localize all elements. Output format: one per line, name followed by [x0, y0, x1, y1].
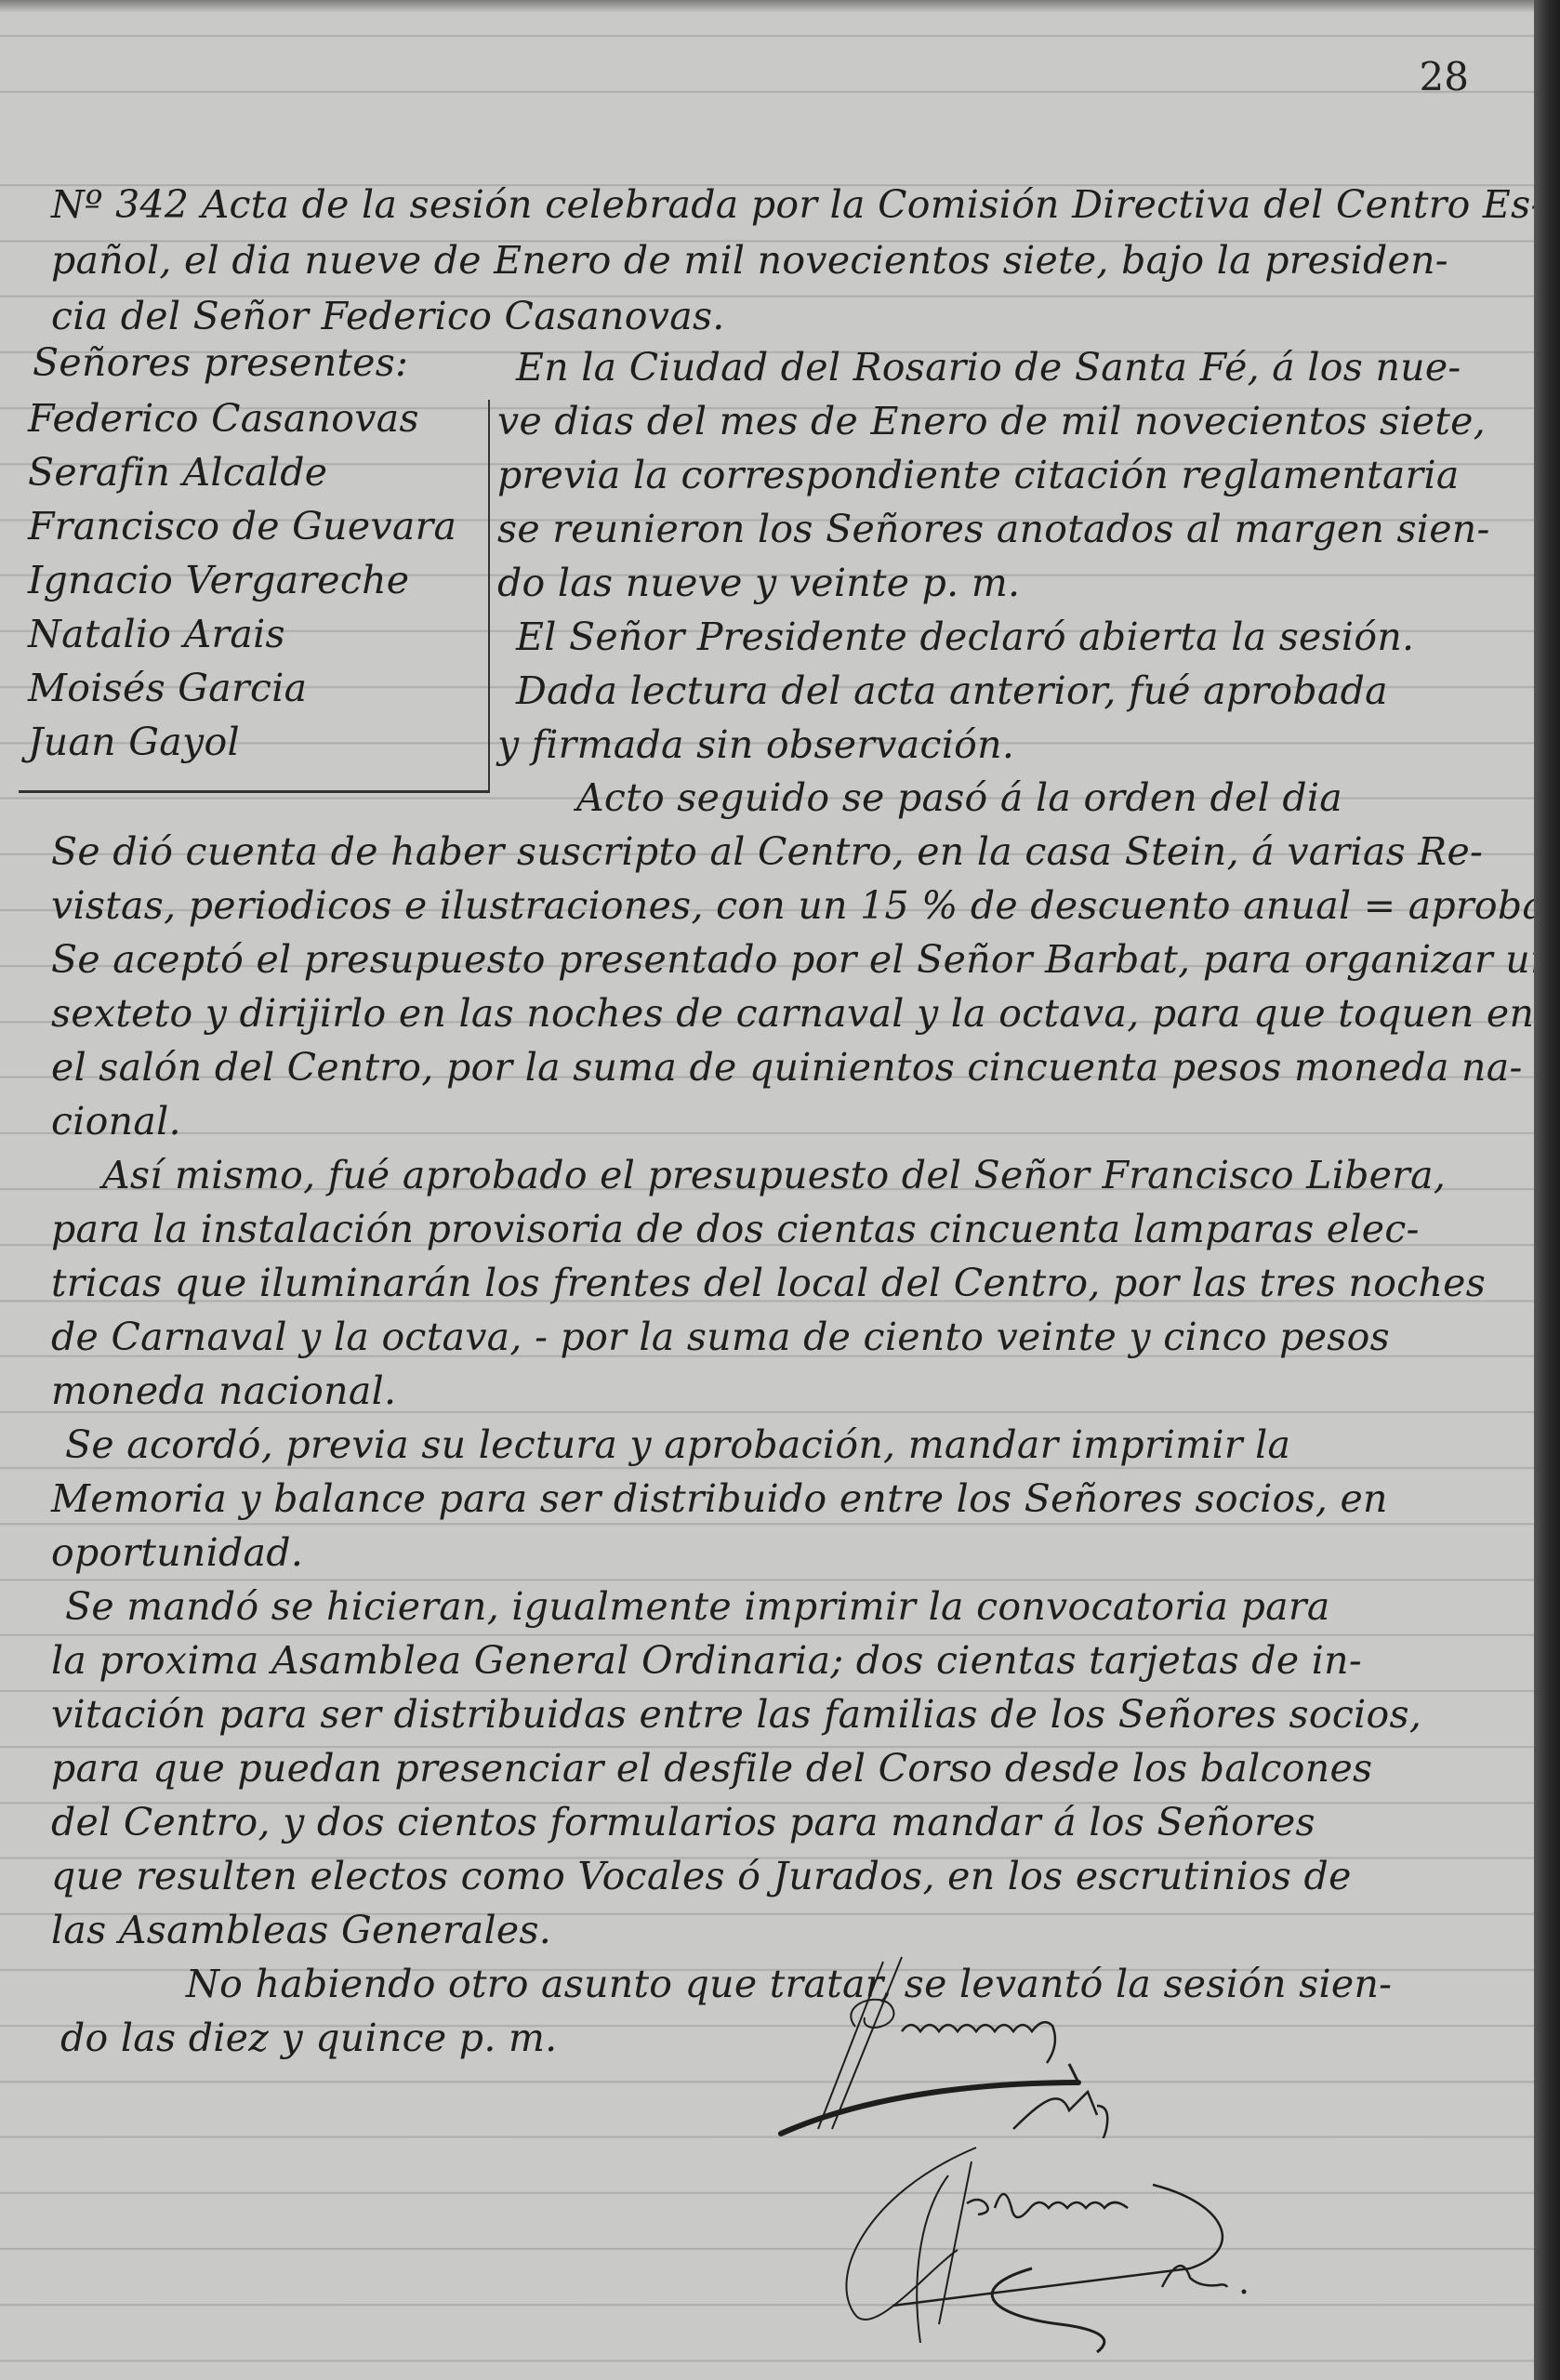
body-line: Se acordó, previa su lectura y aprobació… — [65, 1417, 1290, 1473]
body-line: tricas que iluminarán los frentes del lo… — [51, 1255, 1486, 1311]
body-line: del Centro, y dos cientos formularios pa… — [51, 1794, 1315, 1850]
body-line: las Asambleas Generales. — [51, 1902, 551, 1958]
heading-line: Nº 342 Acta de la sesión celebrada por l… — [51, 177, 1544, 232]
signature-casanovas — [762, 1952, 1227, 2138]
body-line: de Carnaval y la octava, - por la suma d… — [51, 1309, 1390, 1365]
opening-line: En la Ciudad del Rosario de Santa Fé, á … — [516, 339, 1461, 395]
body-line: la proxima Asamblea General Ordinaria; d… — [51, 1633, 1362, 1688]
opening-line: previa la correspondiente citación regla… — [497, 447, 1460, 503]
page-number: 28 — [1420, 54, 1469, 99]
opening-line: do las nueve y veinte p. m. — [497, 555, 1020, 611]
attendee-name: Juan Gayol — [28, 714, 240, 770]
body-line: el salón del Centro, por la suma de quin… — [51, 1039, 1523, 1095]
page-top-shadow — [0, 0, 1534, 13]
body-line: do las diez y quince p. m. — [60, 2010, 558, 2066]
body-line: Así mismo, fué aprobado el presupuesto d… — [102, 1147, 1446, 1203]
body-line: cional. — [51, 1093, 181, 1149]
body-line: vistas, periodicos e ilustraciones, con … — [51, 878, 1560, 933]
heading-line: pañol, el dia nueve de Enero de mil nove… — [51, 232, 1448, 288]
body-line: Se dió cuenta de haber suscripto al Cent… — [51, 824, 1483, 879]
signature-guevara-icon — [818, 2138, 1283, 2361]
attendee-name: Federico Casanovas — [28, 390, 419, 446]
body-line: moneda nacional. — [51, 1363, 396, 1419]
opening-line: y firmada sin observación. — [497, 717, 1014, 773]
body-line: oportunidad. — [51, 1525, 303, 1580]
attendees-title: Señores presentes: — [33, 335, 408, 390]
attendee-name: Serafin Alcalde — [28, 444, 327, 500]
opening-line: El Señor Presidente declaró abierta la s… — [516, 609, 1414, 665]
opening-line: Dada lectura del acta anterior, fué apro… — [516, 663, 1388, 719]
body-line: para la instalación provisoria de dos ci… — [51, 1201, 1420, 1257]
opening-line: ve dias del mes de Enero de mil novecien… — [497, 393, 1486, 449]
signature-guevara — [818, 2138, 1283, 2361]
body-line: Memoria y balance para ser distribuido e… — [51, 1471, 1388, 1527]
attendee-name: Moisés Garcia — [28, 660, 307, 716]
body-line: Se aceptó el presupuesto presentado por … — [51, 932, 1555, 987]
attendee-name: Ignacio Vergareche — [28, 552, 409, 608]
body-line: para que puedan presenciar el desfile de… — [51, 1740, 1372, 1796]
ledger-page: 28 Nº 342 Acta de la sesión celebrada po… — [0, 0, 1534, 2380]
body-line: que resulten electos como Vocales ó Jura… — [51, 1848, 1352, 1904]
attendee-name: Natalio Arais — [28, 606, 285, 662]
body-line: vitación para ser distribuidas entre las… — [51, 1686, 1421, 1742]
signature-casanovas-icon — [762, 1952, 1227, 2138]
opening-line: se reunieron los Señores anotados al mar… — [497, 501, 1490, 557]
body-line: sexteto y dirijirlo en las noches de car… — [51, 985, 1534, 1041]
attendee-name: Francisco de Guevara — [28, 498, 456, 554]
body-line: Acto seguido se pasó á la orden del dia — [576, 770, 1342, 826]
body-line: Se mandó se hicieran, igualmente imprimi… — [65, 1579, 1330, 1634]
